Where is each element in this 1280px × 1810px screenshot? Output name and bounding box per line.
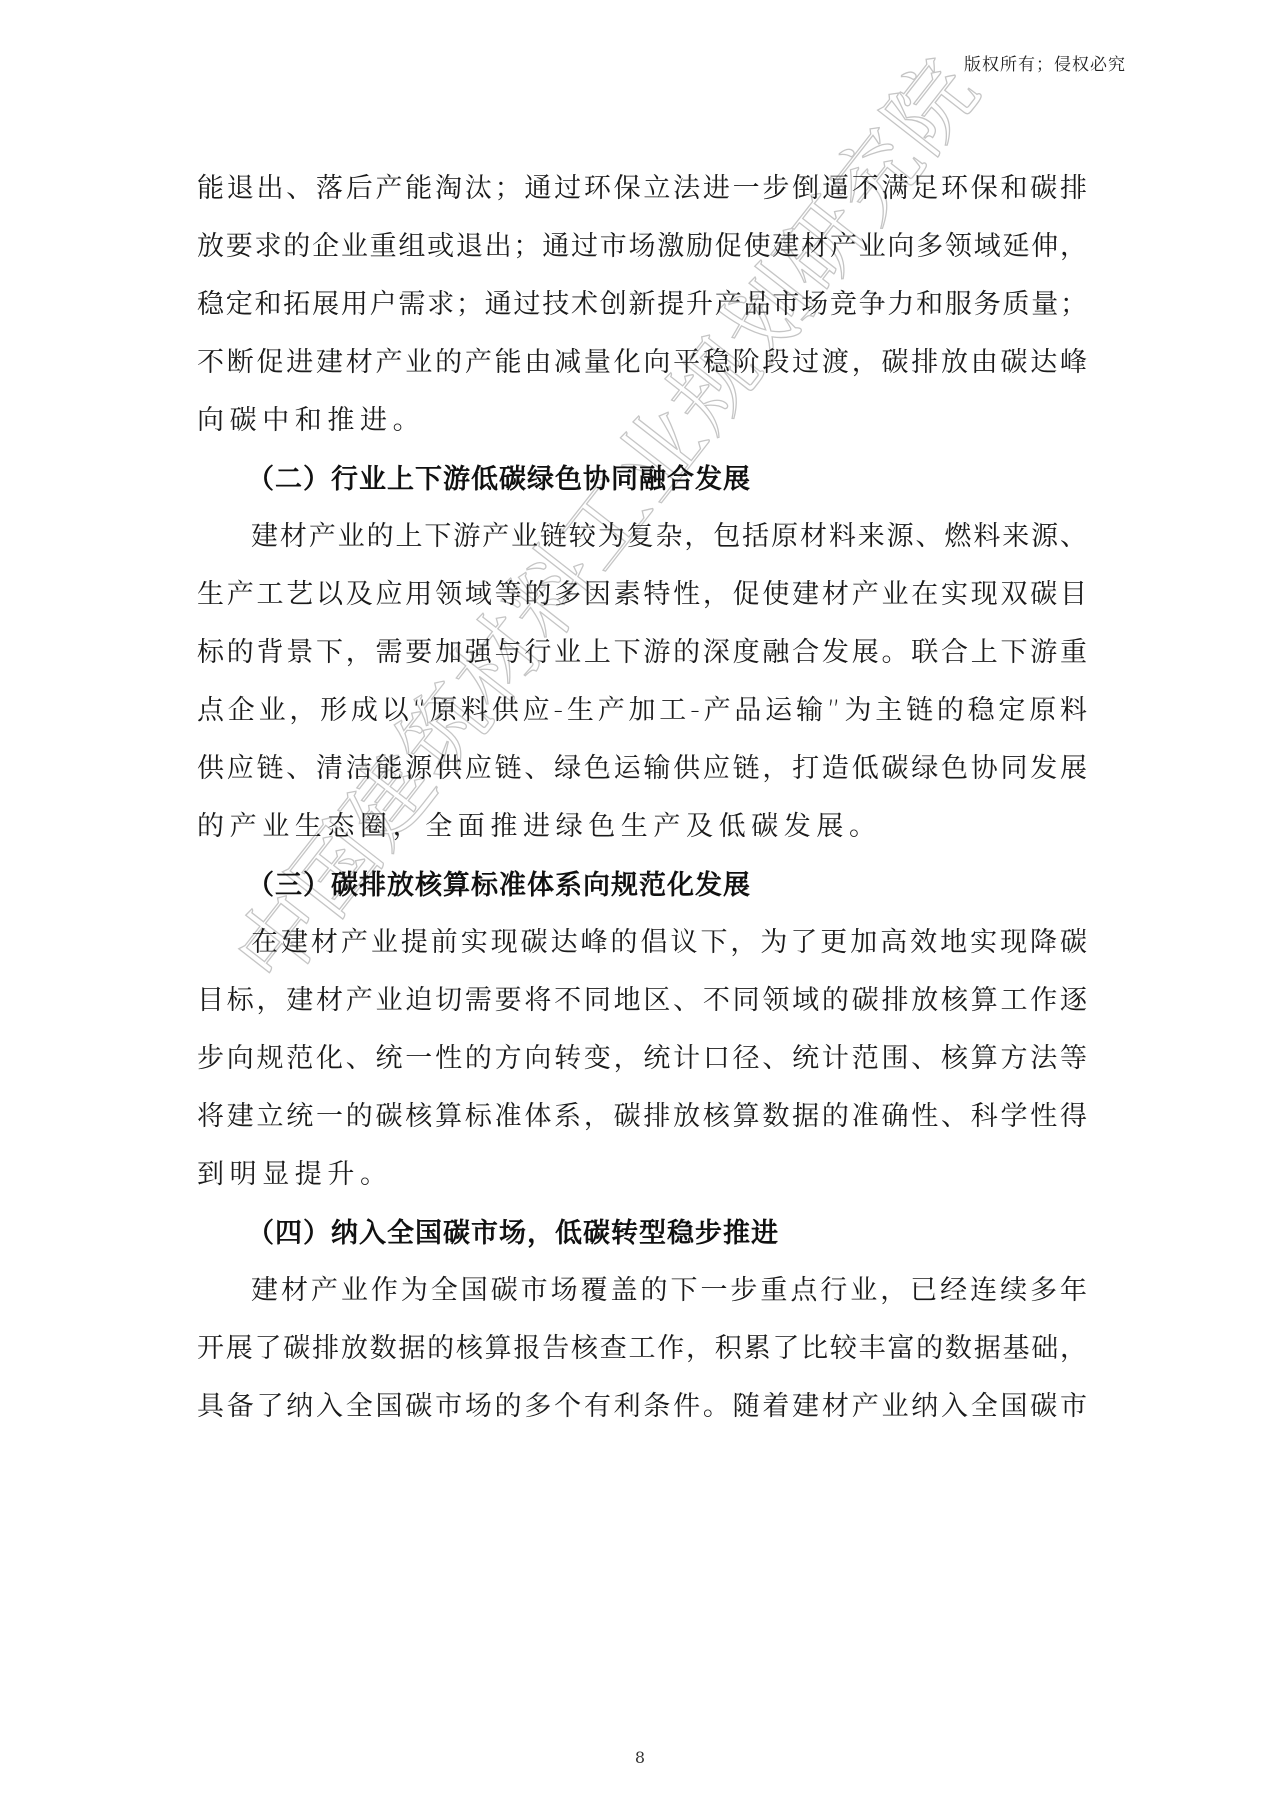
section-4: （四）纳入全国碳市场，低碳转型稳步推进 建材产业作为全国碳市场覆盖的下一步重点行… [197, 1204, 1087, 1436]
paragraph-line: 能退出、落后产能淘汰；通过环保立法进一步倒逼不满足环保和碳排 [197, 160, 1087, 218]
paragraph-line: 建材产业作为全国碳市场覆盖的下一步重点行业，已经连续多年 [197, 1262, 1087, 1320]
paragraph-line: 建材产业的上下游产业链较为复杂，包括原材料来源、燃料来源、 [197, 508, 1087, 566]
section-heading: （四）纳入全国碳市场，低碳转型稳步推进 [197, 1204, 1087, 1262]
paragraph-line: 到明显提升。 [197, 1146, 1087, 1204]
paragraph-line: 点企业，形成以“原料供应-生产加工-产品运输”为主链的稳定原料 [197, 682, 1087, 740]
paragraph-line: 开展了碳排放数据的核算报告核查工作，积累了比较丰富的数据基础， [197, 1320, 1087, 1378]
section-3: （三）碳排放核算标准体系向规范化发展 在建材产业提前实现碳达峰的倡议下，为了更加… [197, 856, 1087, 1204]
paragraph-line: 不断促进建材产业的产能由减量化向平稳阶段过渡，碳排放由碳达峰 [197, 334, 1087, 392]
copyright-notice: 版权所有；侵权必究 [964, 50, 1126, 75]
section-2: （二）行业上下游低碳绿色协同融合发展 建材产业的上下游产业链较为复杂，包括原材料… [197, 450, 1087, 856]
paragraph-line: 在建材产业提前实现碳达峰的倡议下，为了更加高效地实现降碳 [197, 914, 1087, 972]
continuation-paragraph: 能退出、落后产能淘汰；通过环保立法进一步倒逼不满足环保和碳排 放要求的企业重组或… [197, 160, 1087, 450]
section-heading: （二）行业上下游低碳绿色协同融合发展 [197, 450, 1087, 508]
paragraph-line: 目标，建材产业迫切需要将不同地区、不同领域的碳排放核算工作逐 [197, 972, 1087, 1030]
paragraph-line: 步向规范化、统一性的方向转变，统计口径、统计范围、核算方法等 [197, 1030, 1087, 1088]
paragraph-line: 将建立统一的碳核算标准体系，碳排放核算数据的准确性、科学性得 [197, 1088, 1087, 1146]
section-heading: （三）碳排放核算标准体系向规范化发展 [197, 856, 1087, 914]
paragraph-line: 向碳中和推进。 [197, 392, 1087, 450]
paragraph-line: 标的背景下，需要加强与行业上下游的深度融合发展。联合上下游重 [197, 624, 1087, 682]
paragraph-line: 放要求的企业重组或退出；通过市场激励促使建材产业向多领域延伸， [197, 218, 1087, 276]
paragraph-line: 具备了纳入全国碳市场的多个有利条件。随着建材产业纳入全国碳市 [197, 1378, 1087, 1436]
paragraph-line: 供应链、清洁能源供应链、绿色运输供应链，打造低碳绿色协同发展 [197, 740, 1087, 798]
document-body: 能退出、落后产能淘汰；通过环保立法进一步倒逼不满足环保和碳排 放要求的企业重组或… [197, 160, 1087, 1436]
paragraph-line: 稳定和拓展用户需求；通过技术创新提升产品市场竞争力和服务质量； [197, 276, 1087, 334]
paragraph-line: 生产工艺以及应用领域等的多因素特性，促使建材产业在实现双碳目 [197, 566, 1087, 624]
paragraph-line: 的产业生态圈，全面推进绿色生产及低碳发展。 [197, 798, 1087, 856]
page-number: 8 [0, 1748, 1280, 1767]
